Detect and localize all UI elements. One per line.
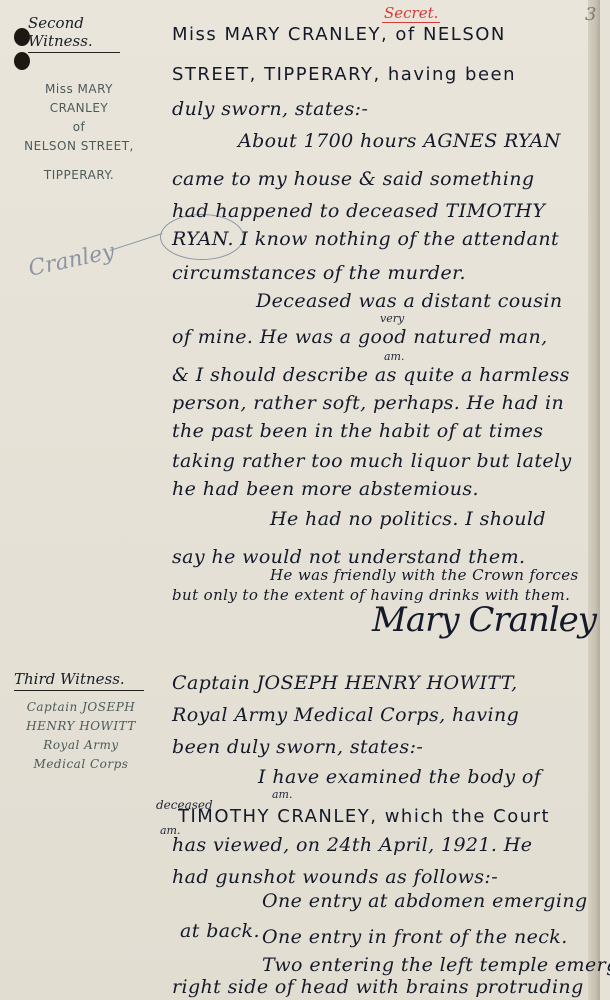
statement-line: TIMOTHY CRANLEY, which the Court — [178, 806, 550, 827]
statement-line: circumstances of the murder. — [172, 262, 466, 284]
statement-line: came to my house & said something — [172, 168, 534, 190]
statement-line: person, rather soft, perhaps. He had in — [172, 392, 564, 414]
second-witness-margin: Miss MARY CRANLEY of NELSON STREET, TIPP… — [14, 82, 144, 183]
insertion-below: am. — [384, 350, 405, 363]
page-edge — [588, 0, 600, 1000]
statement-line: One entry at abdomen emerging — [262, 890, 588, 912]
margin-line: Miss MARY — [14, 82, 144, 97]
margin-line: of — [14, 120, 144, 135]
statement-line: say he would not understand them. — [172, 546, 525, 568]
witness-signature: Mary Cranley — [372, 600, 596, 640]
pencil-annotation: Cranley — [26, 239, 116, 282]
statement-line: taking rather too much liquor but lately — [172, 450, 572, 472]
statement-line: duly sworn, states:- — [172, 98, 368, 120]
document-page: Secret. 3 Second Witness. Miss MARY CRAN… — [0, 0, 600, 1000]
statement-line: Captain JOSEPH HENRY HOWITT, — [172, 672, 518, 694]
statement-line: Deceased was a distant cousin — [256, 290, 562, 312]
statement-line: He was friendly with the Crown forces — [270, 566, 579, 584]
third-witness-heading: Third Witness. — [14, 670, 144, 691]
statement-line: the past been in the habit of at times — [172, 420, 543, 442]
statement-line: he had been more abstemious. — [172, 478, 479, 500]
statement-line: had happened to deceased TIMOTHY — [172, 200, 545, 222]
third-witness-margin: Captain JOSEPH HENRY HOWITT Royal Army M… — [14, 700, 148, 772]
statement-line: RYAN. I know nothing of the attendant — [172, 228, 559, 250]
statement-line: Royal Army Medical Corps, having — [172, 704, 519, 726]
statement-line: One entry in front of the neck. — [262, 926, 568, 948]
statement-line: He had no politics. I should — [270, 508, 546, 530]
second-witness-heading: Second Witness. — [28, 14, 120, 53]
insertion-above: very — [380, 312, 404, 325]
statement-line: STREET, TIPPERARY, having been — [172, 64, 516, 85]
statement-line: & I should describe as quite a harmless — [172, 364, 570, 386]
statement-line: I have examined the body of — [258, 766, 541, 788]
margin-line: TIPPERARY. — [14, 168, 144, 183]
margin-line: Medical Corps — [14, 757, 148, 772]
margin-line: Captain JOSEPH — [14, 700, 148, 715]
pencil-link-mark — [110, 233, 163, 251]
correction-am: am. — [272, 788, 293, 801]
punch-hole — [14, 52, 30, 70]
statement-line: been duly sworn, states:- — [172, 736, 423, 758]
statement-line: Two entering the left temple emerging — [262, 954, 610, 976]
statement-line: About 1700 hours AGNES RYAN — [238, 130, 561, 152]
page-number: 3 — [585, 4, 596, 25]
statement-line: has viewed, on 24th April, 1921. He — [172, 834, 532, 856]
margin-line: CRANLEY — [14, 101, 144, 116]
statement-line: at back. — [180, 920, 260, 942]
secret-stamp: Secret. — [382, 4, 440, 23]
statement-line: of mine. He was a good natured man, — [172, 326, 548, 348]
statement-line: had gunshot wounds as follows:- — [172, 866, 498, 888]
statement-line: right side of head with brains protrudin… — [172, 976, 584, 998]
statement-line: Miss MARY CRANLEY, of NELSON — [172, 24, 506, 45]
margin-line: HENRY HOWITT — [14, 719, 148, 734]
margin-line: NELSON STREET, — [14, 139, 144, 154]
margin-line: Royal Army — [14, 738, 148, 753]
